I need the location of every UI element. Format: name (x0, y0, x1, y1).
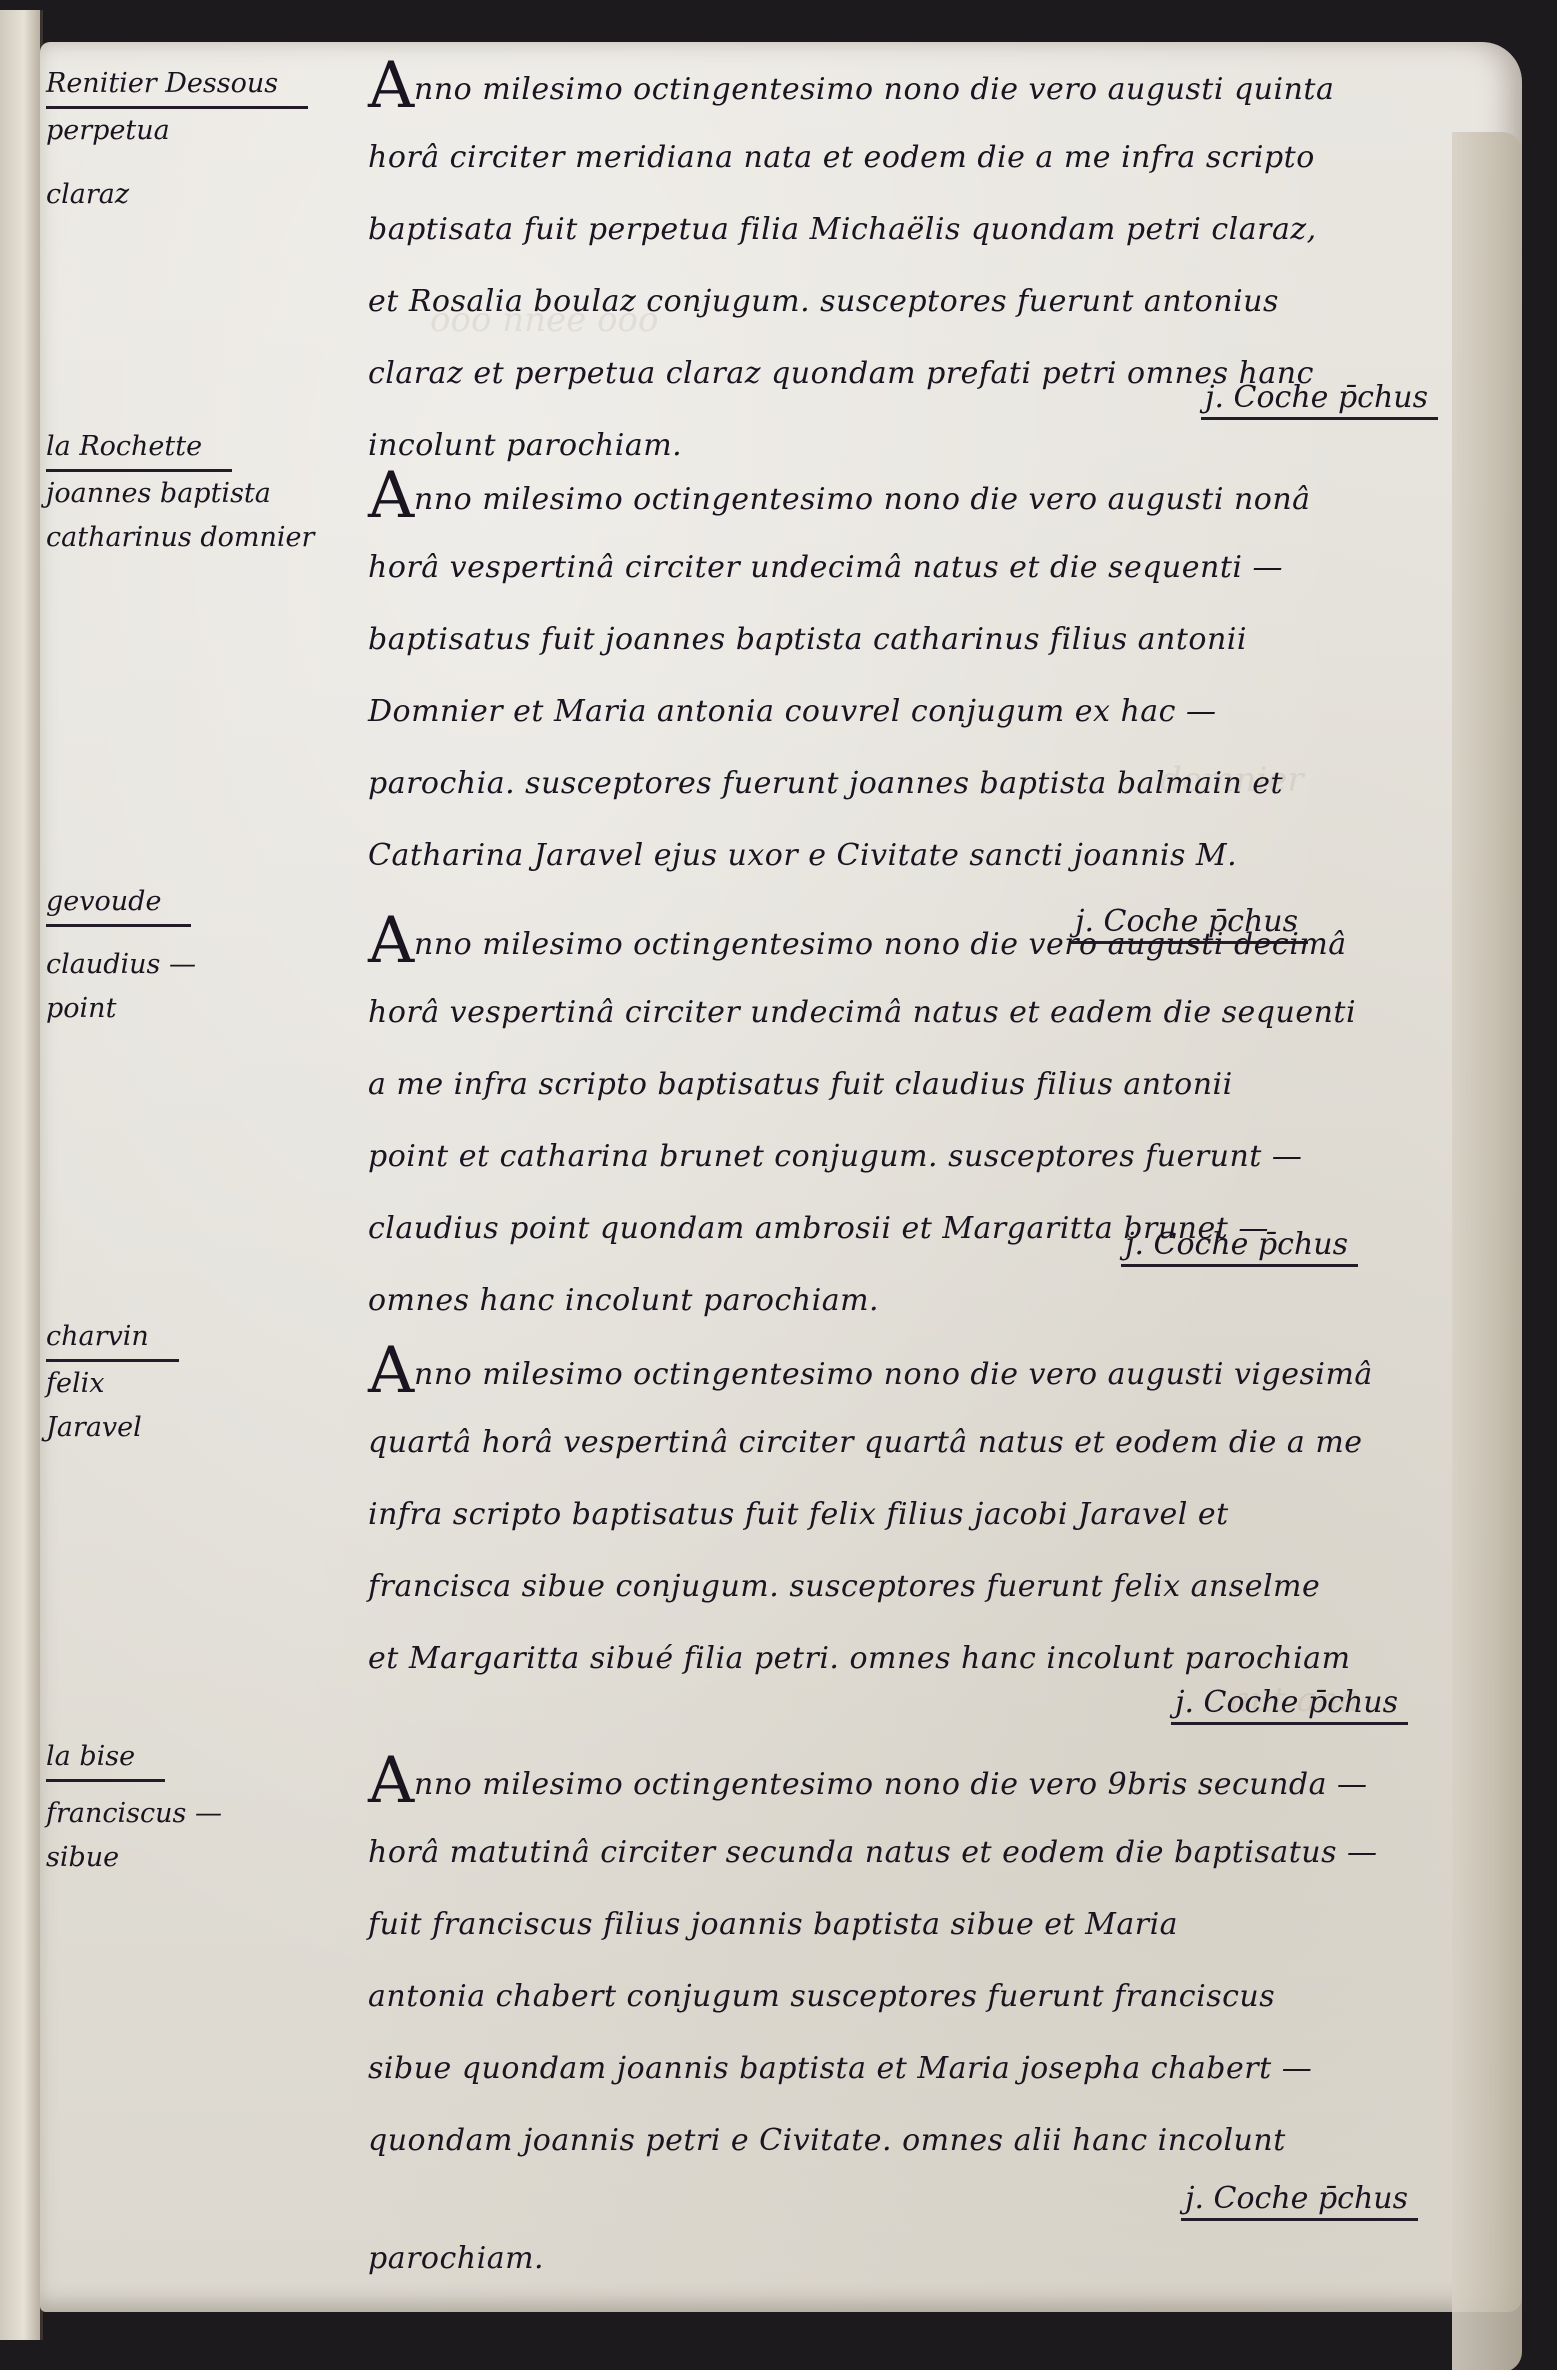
entry-line: a me infra scripto baptisatus fuit claud… (368, 1049, 1508, 1121)
entry-line: quartâ horâ vespertinâ circiter quartâ n… (368, 1407, 1508, 1479)
entry-line: horâ matutinâ circiter secunda natus et … (368, 1817, 1508, 1889)
entry-line: parochiam. (368, 2223, 1508, 2295)
baptism-entry: Anno milesimo octingentesimo nono die ve… (368, 50, 1508, 428)
entry-line: Catharina Jaravel ejus uxor e Civitate s… (368, 820, 1508, 892)
entry-line: baptisata fuit perpetua filia Michaëlis … (368, 194, 1508, 266)
entry-line: et Rosalia boulaz conjugum. susceptores … (368, 266, 1508, 338)
margin-name: Jaravel (46, 1406, 356, 1450)
entry-line: horâ circiter meridiana nata et eodem di… (368, 122, 1508, 194)
margin-place: charvin (46, 1315, 179, 1362)
entry-line: antonia chabert conjugum susceptores fue… (368, 1961, 1508, 2033)
entry-line: Domnier et Maria antonia couvrel conjugu… (368, 676, 1508, 748)
entry-line: Anno milesimo octingentesimo nono die ve… (368, 1335, 1508, 1407)
entry-line: sibue quondam joannis baptista et Maria … (368, 2033, 1508, 2105)
entry-line: point et catharina brunet conjugum. susc… (368, 1121, 1508, 1193)
margin-note: gevoude claudius — point (46, 880, 356, 1031)
margin-name: joannes baptista (46, 472, 356, 516)
entry-line: Anno milesimo octingentesimo nono die ve… (368, 1745, 1508, 1817)
baptism-entry: Anno milesimo octingentesimo nono die ve… (368, 1745, 1508, 2295)
entry-line: Anno milesimo octingentesimo nono die ve… (368, 460, 1508, 532)
margin-place: Renitier Dessous (46, 62, 308, 109)
margin-name: catharinus domnier (46, 516, 356, 560)
margin-name: franciscus — (46, 1792, 356, 1836)
entry-line: parochia. susceptores fuerunt joannes ba… (368, 748, 1508, 820)
margin-note: Renitier Dessous perpetua claraz (46, 62, 356, 217)
margin-place: gevoude (46, 880, 191, 927)
entry-initial: A (368, 50, 414, 122)
entry-line: Anno milesimo octingentesimo nono die ve… (368, 905, 1508, 977)
margin-name: point (46, 987, 356, 1031)
entry-line: quondam joannis petri e Civitate. omnes … (368, 2105, 1508, 2177)
entry-initial: A (368, 905, 414, 977)
entry-initial: A (368, 1335, 414, 1407)
margin-note: la Rochette joannes baptista catharinus … (46, 425, 356, 560)
entry-line: infra scripto baptisatus fuit felix fili… (368, 1479, 1508, 1551)
entry-line: fuit franciscus filius joannis baptista … (368, 1889, 1508, 1961)
margin-note: charvin felix Jaravel (46, 1315, 356, 1450)
baptism-entry: Anno milesimo octingentesimo nono die ve… (368, 905, 1508, 1275)
margin-name: claraz (46, 173, 356, 217)
margin-place: la Rochette (46, 425, 232, 472)
margin-name: claudius — (46, 943, 356, 987)
entry-line: horâ vespertinâ circiter undecimâ natus … (368, 977, 1508, 1049)
margin-place: la bise (46, 1735, 165, 1782)
entry-line: Anno milesimo octingentesimo nono die ve… (368, 50, 1508, 122)
entry-line: francisca sibue conjugum. susceptores fu… (368, 1551, 1508, 1623)
left-page-stack (0, 10, 43, 2340)
entry-line: horâ vespertinâ circiter undecimâ natus … (368, 532, 1508, 604)
entry-line: baptisatus fuit joannes baptista cathari… (368, 604, 1508, 676)
baptism-entry: Anno milesimo octingentesimo nono die ve… (368, 460, 1508, 952)
baptism-entry: Anno milesimo octingentesimo nono die ve… (368, 1335, 1508, 1733)
margin-note: la bise franciscus — sibue (46, 1735, 356, 1880)
margin-name: perpetua (46, 109, 356, 153)
margin-name: felix (46, 1362, 356, 1406)
priest-signature: j. Coche p̄chus (368, 2169, 1508, 2229)
entry-initial: A (368, 460, 414, 532)
margin-name: sibue (46, 1836, 356, 1880)
entry-initial: A (368, 1745, 414, 1817)
